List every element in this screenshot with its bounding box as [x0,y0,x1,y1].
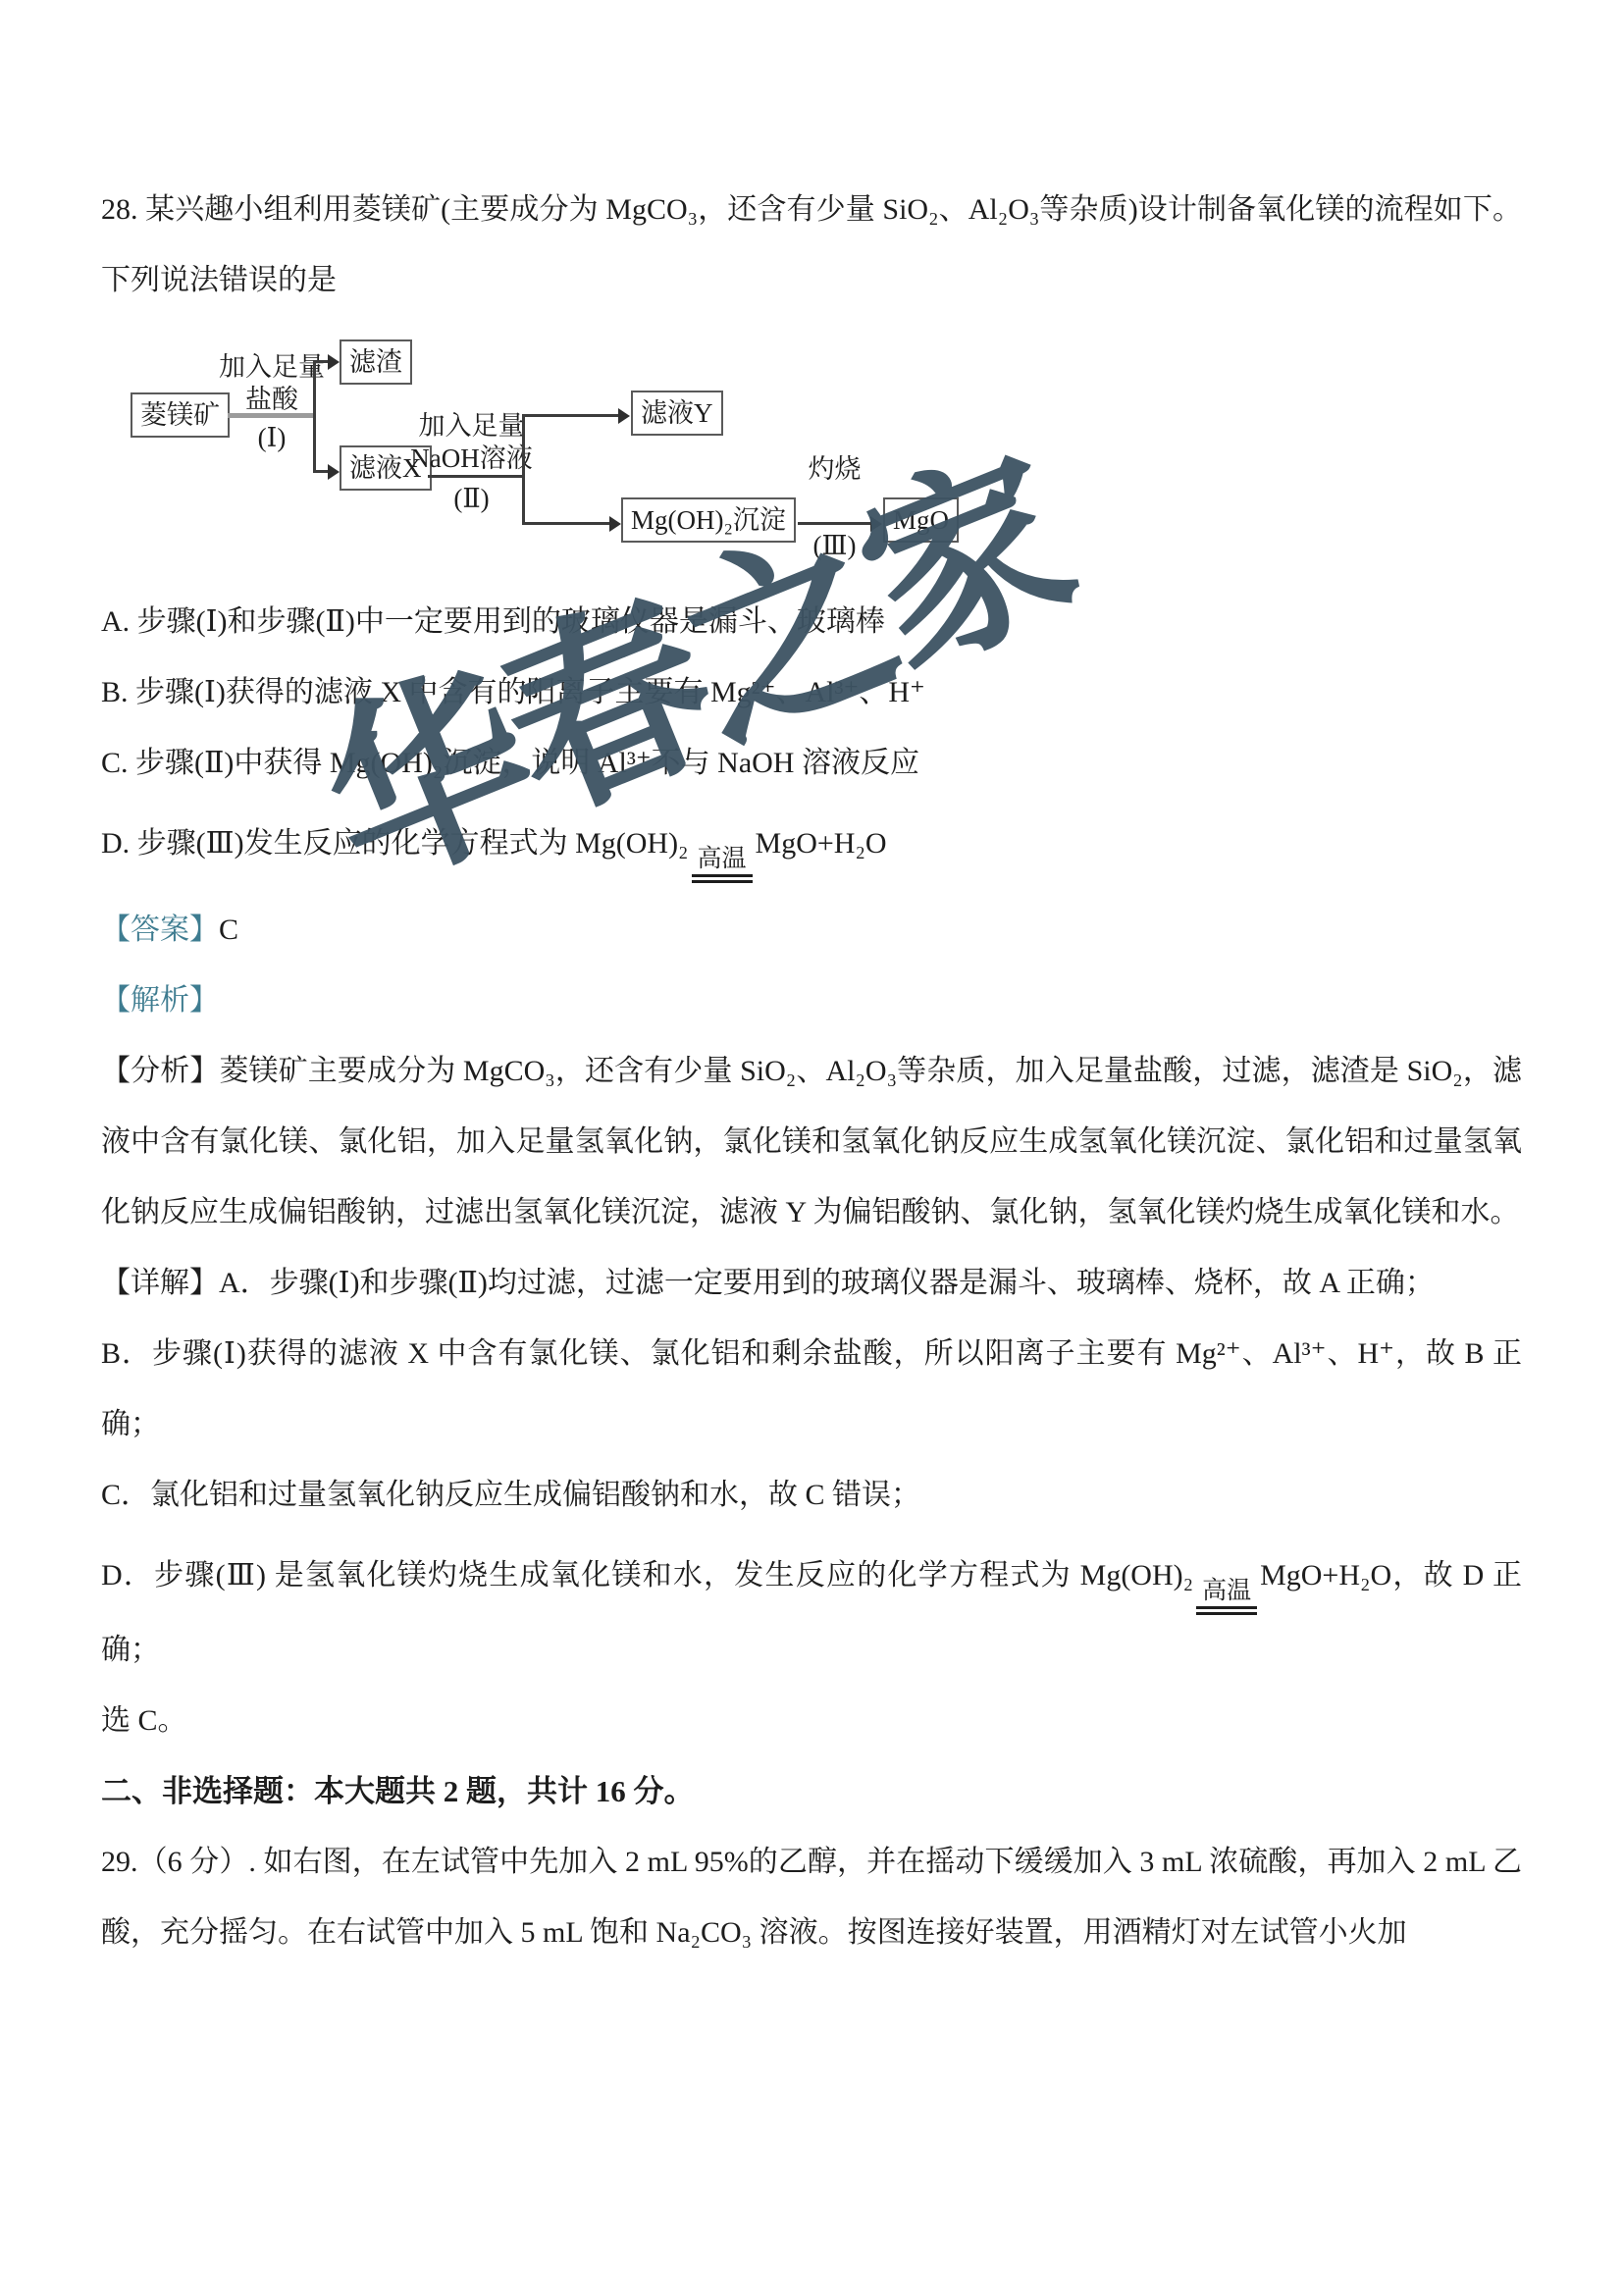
detail-b: B．步骤(Ⅰ)获得的滤液 X 中含有氯化镁、氯化铝和剩余盐酸，所以阳离子主要有 … [101,1319,1522,1460]
page-content: 28. 某兴趣小组利用菱镁矿(主要成分为 MgCO₃，还含有少量 SiO₂、Al… [0,0,1623,1968]
answer-label: 【答案】 [101,913,219,946]
flowchart-line [313,361,316,473]
option-b: B. 步骤(Ⅰ)获得的滤液 X 中含有的阳离子主要有 Mg²⁺、Al³⁺、H⁺ [101,657,1522,728]
flowchart-line [228,413,316,418]
flowchart-line [428,475,524,478]
option-d-suffix: MgO+H₂O [756,827,887,860]
detail-c: C．氯化铝和过量氢氧化钠反应生成偏铝酸钠和水，故 C 错误； [101,1460,1522,1531]
reaction-condition: 高温 [1196,1577,1257,1615]
flowchart-box-precipitate: Mg(OH)₂沉淀 [621,497,796,543]
option-a: A. 步骤(Ⅰ)和步骤(Ⅱ)中一定要用到的玻璃仪器是漏斗、玻璃棒 [101,587,1522,657]
condition-text: 高温 [1202,1577,1251,1606]
exam-page: 华春之家 28. 某兴趣小组利用菱镁矿(主要成分为 MgCO₃，还含有少量 Si… [0,0,1623,2296]
condition-text: 高温 [698,845,747,874]
flowchart-step3-label: 灼烧 [793,453,876,486]
analysis-overview: 【分析】菱镁矿主要成分为 MgCO₃，还含有少量 SiO₂、Al₂O₃等杂质，加… [101,1036,1522,1248]
double-line-equals [1196,1606,1257,1615]
section-2-header: 二、非选择题：本大题共 2 题，共计 16 分。 [101,1756,1522,1827]
process-flowchart: 菱镁矿 加入足量 盐酸 (Ⅰ) 滤渣 滤液X 加入足量 NaOH溶液 [101,330,1522,577]
flowchart-box-residue: 滤渣 [340,339,412,385]
analysis-label: 【解析】 [101,984,219,1017]
double-line-equals [692,874,753,883]
arrow-right-icon [609,516,621,532]
option-d-prefix: D. 步骤(Ⅲ)发生反应的化学方程式为 Mg(OH)₂ [101,827,689,860]
detail-d: D．步骤(Ⅲ) 是氢氧化镁灼烧生成氧化镁和水，发生反应的化学方程式为 Mg(OH… [101,1540,1522,1686]
flowchart-step1-label-line2: 盐酸 [217,384,327,416]
flowchart-box-ore: 菱镁矿 [131,392,230,438]
flowchart-line [798,522,871,525]
flowchart-line [522,414,618,417]
flowchart-step3-number: (Ⅲ) [793,530,876,562]
question-28-text: 28. 某兴趣小组利用菱镁矿(主要成分为 MgCO₃，还含有少量 SiO₂、Al… [101,175,1522,316]
option-d: D. 步骤(Ⅲ)发生反应的化学方程式为 Mg(OH)₂高温MgO+H₂O [101,809,1522,883]
arrow-right-icon [618,408,630,424]
flowchart-line [313,470,329,473]
question-29-text: 29.（6 分）. 如右图，在左试管中先加入 2 mL 95%的乙醇，并在摇动下… [101,1827,1522,1968]
flowchart-box-filtrate-y: 滤液Y [631,391,723,436]
conclusion: 选 C。 [101,1686,1522,1756]
analysis-section-line: 【解析】 [101,965,1522,1036]
flowchart-step1-label: 加入足量 盐酸 [217,351,327,416]
arrow-right-icon [328,354,340,370]
flowchart-line [522,415,525,525]
flowchart-line [522,522,610,525]
answer-line: 【答案】C [101,895,1522,965]
option-c: C. 步骤(Ⅱ)中获得 Mg(OH)₂沉淀，说明 Al³⁺不与 NaOH 溶液反… [101,728,1522,799]
arrow-right-icon [328,464,340,480]
reaction-condition: 高温 [692,845,753,883]
answer-value: C [219,913,238,946]
flowchart-line [313,360,329,363]
flowchart-step1-number: (Ⅰ) [217,422,327,454]
detail-d-prefix: D．步骤(Ⅲ) 是氢氧化镁灼烧生成氧化镁和水，发生反应的化学方程式为 Mg(OH… [101,1559,1193,1592]
flowchart-step1-label-line1: 加入足量 [217,351,327,384]
flowchart-box-product: MgO [883,497,959,543]
detail-a: 【详解】A．步骤(Ⅰ)和步骤(Ⅱ)均过滤，过滤一定要用到的玻璃仪器是漏斗、玻璃棒… [101,1248,1522,1319]
